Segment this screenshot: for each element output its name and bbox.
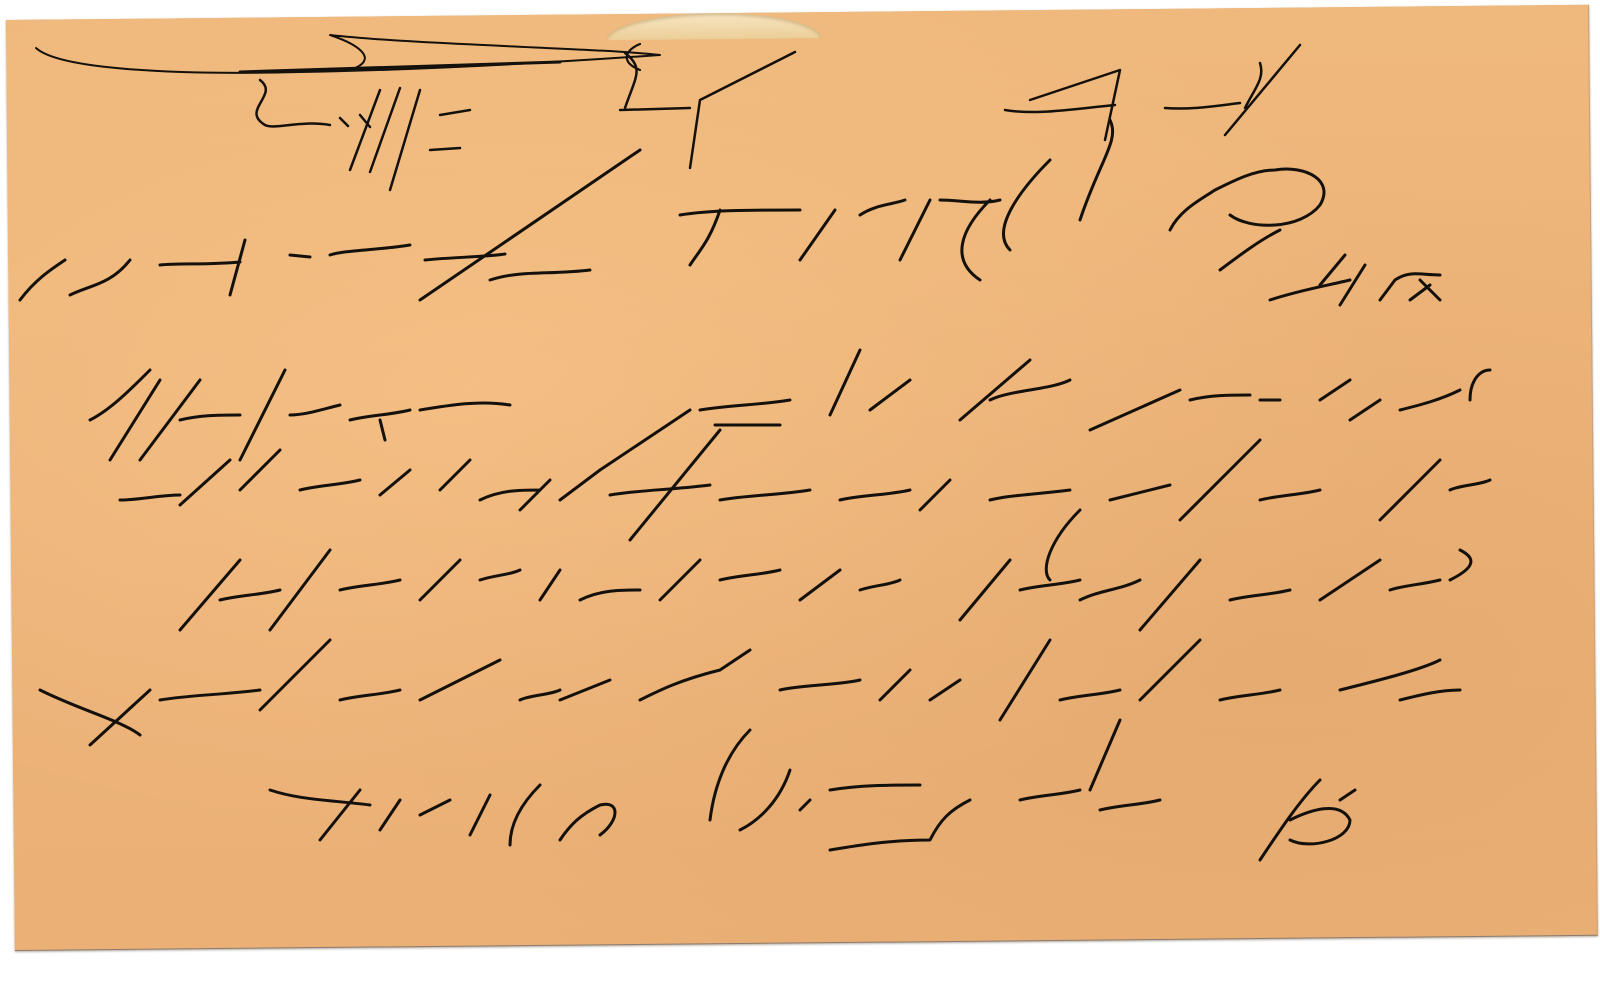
handwriting-ink <box>0 0 1600 984</box>
